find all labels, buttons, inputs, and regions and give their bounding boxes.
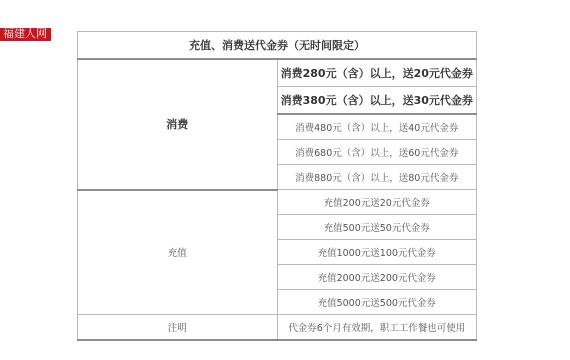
table-row: 消费 消费280元（含）以上，送20元代金券 [78, 59, 477, 87]
recharge-item-4: 充值2000元送200元代金券 [277, 265, 477, 290]
note-text: 代金券6个月有效期，职工工作餐也可使用 [277, 315, 477, 341]
category-recharge: 充值 [78, 190, 278, 315]
consume-item-5: 消费880元（含）以上，送80元代金券 [277, 165, 477, 190]
recharge-item-2: 充值500元送50元代金券 [277, 215, 477, 240]
consume-item-4: 消费680元（含）以上，送60元代金券 [277, 140, 477, 165]
site-label-text: 福建人网 [3, 28, 47, 41]
table-row: 充值 充值200元送20元代金券 [78, 190, 477, 215]
recharge-item-1: 充值200元送20元代金券 [277, 190, 477, 215]
consume-item-2: 消费380元（含）以上，送30元代金券 [277, 87, 477, 115]
consume-item-1: 消费280元（含）以上，送20元代金券 [277, 59, 477, 87]
category-consume: 消费 [78, 59, 278, 190]
table-row: 注明 代金券6个月有效期，职工工作餐也可使用 [78, 315, 477, 341]
recharge-item-5: 充值5000元送500元代金券 [277, 290, 477, 315]
site-label-badge: 福建人网 [0, 28, 51, 41]
recharge-item-3: 充值1000元送100元代金券 [277, 240, 477, 265]
consume-item-3: 消费480元（含）以上，送40元代金券 [277, 114, 477, 140]
table-header-row: 充值、消费送代金券（无时间限定） [78, 32, 477, 60]
category-note: 注明 [78, 315, 278, 341]
table-title: 充值、消费送代金券（无时间限定） [78, 32, 477, 60]
promotion-table: 充值、消费送代金券（无时间限定） 消费 消费280元（含）以上，送20元代金券 … [77, 31, 477, 341]
